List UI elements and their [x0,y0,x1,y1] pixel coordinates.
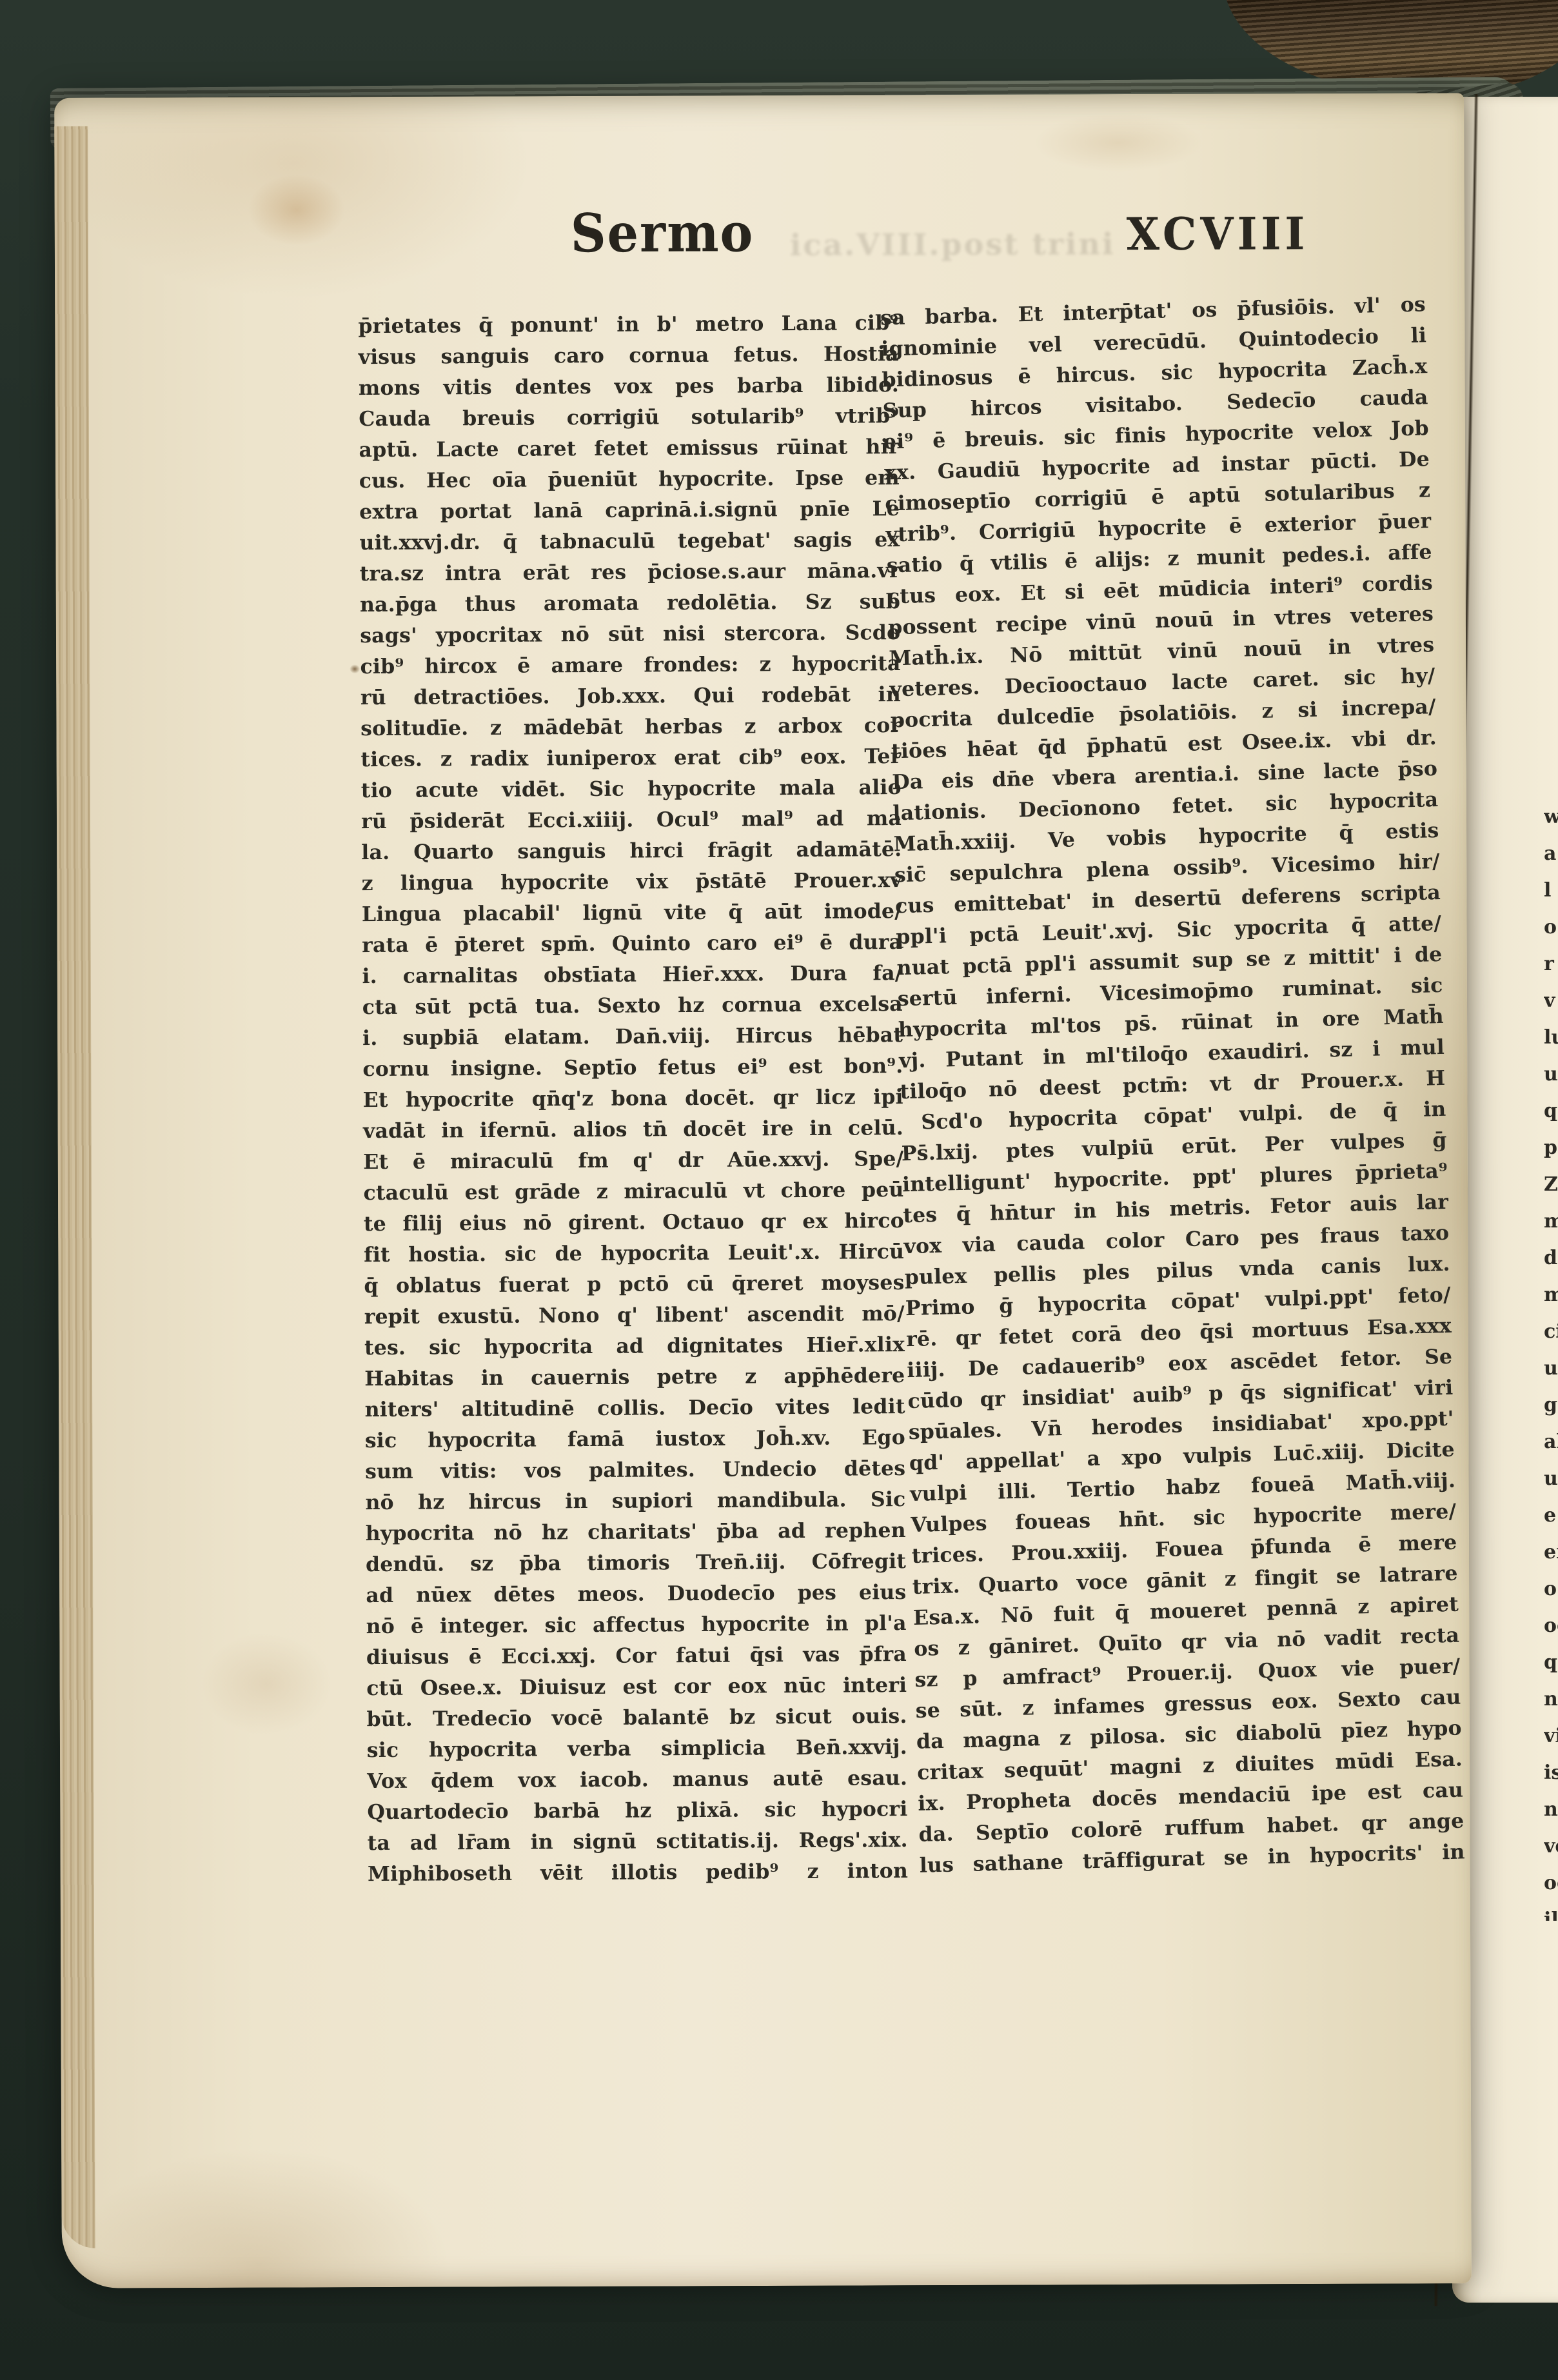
text-line: visus sanguis caro cornua fetus. Hostia [359,339,899,373]
text-line: tra.sz intra erāt res p̄ciose.s.aur māna… [360,555,900,590]
text-line: cta sūt pctā tua. Sexto hz cornua excels… [362,989,903,1023]
paper-stain [248,174,344,246]
text-line: i. carnalitas obstīata Hier̄.xxx. Dura f… [362,958,902,992]
folio-number: XCVIII [1127,207,1309,261]
paper-speck [350,664,360,673]
text-line: sum vitis: vos palmites. Undecio dētes [365,1453,905,1487]
text-line: Cauda breuis corrigiū sotularib⁹ vtrib⁹ [359,401,899,435]
text-line: p̄rietates q̄ ponunt' in b' metro Lana c… [358,308,898,342]
text-line: ctū Osee.x. Diuisuz est cor eox nūc inte… [366,1670,907,1704]
text-line: dendū. sz p̄ba timoris Tren̄.iij. Cōfreg… [366,1546,906,1580]
text-line: fit hostia. sic de hypocrita Leuit'.x. H… [364,1236,904,1271]
page-stack-left-edge [54,126,95,2248]
book-photo: w a l o r v lu u q p Z m d m ci u g ab u… [0,0,1558,2380]
text-line: repit exustū. Nono q' libent' ascendit m… [364,1298,905,1333]
text-line: Habitas in cauernis petre z app̄hēdere [364,1360,905,1394]
paper-stain [201,1632,331,1736]
book-page: Sermo ica.VIII.post trini XCVIII p̄rieta… [54,93,1472,2288]
text-line: niters' altitudinē collis. Decīo vites l… [364,1391,905,1425]
text-line: sic hypocrita verba simplicia Ben̄.xxvij… [367,1732,907,1766]
text-line: tio acute vidēt. Sic hypocrite mala alio [361,772,902,806]
text-line: rū detractiōes. Job.xxx. Qui rodebāt in [360,679,901,713]
text-line: uit.xxvj.dr. q̄ tabnaculū tegebat' sagis… [359,524,900,559]
text-line: la. Quarto sanguis hirci frāgit adamātē. [361,834,902,868]
text-line: cornu insigne. Septīo fetus ei⁹ est bon⁹… [362,1051,903,1085]
text-line: extra portat lanā caprinā.i.signū pnīe L… [359,493,900,528]
text-line: Vox q̄dem vox iacob. manus autē esau. [367,1763,907,1797]
text-line: tes. sic hypocrita ad dignitates Hier̄.x… [364,1329,905,1364]
text-line: Et hypocrite qn̄q'z bona docēt. qr licz … [363,1082,903,1116]
text-line: mons vitis dentes vox pes barba libido. [359,370,899,404]
text-line: hypocrita nō hz charitats' p̄ba ad rephe… [366,1515,906,1549]
text-line: te filij eius nō girent. Octauo qr ex hi… [364,1205,904,1240]
text-line: vadāt in ifernū. alios tn̄ docēt ire in … [363,1113,903,1147]
text-line: Quartodecīo barbā hz plixā. sic hypocri [367,1794,907,1828]
text-line: rū p̄siderāt Ecci.xiiij. Ocul⁹ mal⁹ ad m… [361,803,902,837]
text-line: rata ē p̄teret spm̄. Quinto caro ei⁹ ē d… [362,927,902,961]
text-line: nō hz hircus in supiori mandibula. Sic [365,1484,905,1518]
text-line: z lingua hypocrite vix p̄stātē Prouer.xv [362,865,902,899]
text-line: ta ad lr̄am in signū sctitatis.ij. Regs'… [368,1825,908,1859]
text-line: cus. Hec oīa p̄ueniūt hypocrite. Ipse em… [359,462,900,497]
showthrough-ghost-text: ica.VIII.post trini [790,226,1116,263]
text-line: aptū. Lacte caret fetet emissus rūinat h… [359,431,899,466]
text-line: na.p̄ga thus aromata redolētia. Sz sub [360,586,900,620]
text-column-right: sa barba. Et interp̄tat' os p̄fusiōis. v… [880,289,1465,1881]
text-line: būt. Tredecīo vocē balantē bz sicut ouis… [366,1701,907,1735]
next-page-text-fragments: w a l o r v lu u q p Z m d m ci u g ab u… [1544,798,1558,1921]
paper-stain [1034,114,1202,172]
text-line: Et ē miraculū fm q' dr Aūe.xxvj. Spe/ [363,1144,903,1178]
text-line: ad nūex dētes meos. Duodecīo pes eius [366,1577,906,1611]
text-line: Lingua placabil' lignū vite q̄ aūt imode… [362,896,902,930]
text-line: solitudīe. z mādebāt herbas z arbox cor [360,710,901,744]
text-column-left: p̄rietates q̄ ponunt' in b' metro Lana c… [358,308,908,1890]
text-line: q̄ oblatus fuerat p pctō cū q̄reret moys… [364,1267,904,1302]
text-line: sic hypocrita famā iustox Joh̄.xv. Ego [365,1422,905,1456]
text-line: i. supbiā elatam. Dan̄.viij. Hircus hēba… [362,1020,903,1054]
text-line: diuisus ē Ecci.xxj. Cor fatui q̄si vas p… [366,1639,907,1673]
text-line: sags' ypocritax nō sūt nisi stercora. Sc… [360,617,900,651]
text-line: tices. z radix iuniperox erat cib⁹ eox. … [360,741,901,775]
running-header-title: Sermo [571,201,754,264]
text-line: cib⁹ hircox ē amare frondes: z hypocrita [360,648,900,682]
text-line: ctaculū est grāde z miraculū vt chore pe… [363,1175,903,1209]
text-line: nō ē integer. sic affectus hypocrite in … [366,1608,907,1642]
text-line: Miphiboseth vēit illotis pedib⁹ z inton [368,1856,908,1890]
